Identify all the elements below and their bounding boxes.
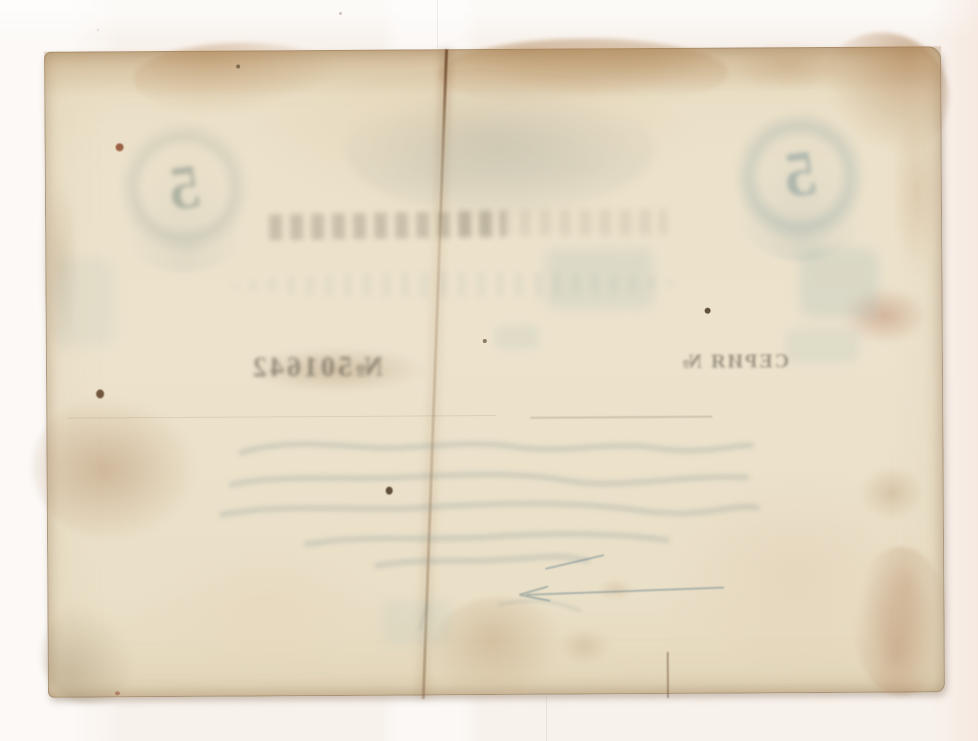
ghost-handwriting-line	[232, 473, 747, 486]
ghost-handwriting-line	[222, 502, 757, 516]
ghost-handwriting-line	[241, 441, 751, 453]
ghost-handwriting-line	[377, 556, 587, 565]
scanner-background-fold-line	[437, 0, 438, 48]
scanner-background-speck	[97, 29, 99, 31]
handwriting-ghost	[44, 46, 945, 697]
ghost-arrow-scribble	[527, 588, 723, 595]
scanned-photo: 5 5 №501642 СЕРИЯ №	[0, 0, 978, 741]
ghost-scribble	[499, 601, 579, 611]
scanner-background-fold-line	[546, 697, 547, 741]
banknote-paper: 5 5 №501642 СЕРИЯ №	[44, 46, 945, 697]
scanner-background-speck	[339, 12, 342, 15]
ghost-handwriting-line	[307, 533, 667, 544]
ghost-scribble	[419, 605, 427, 629]
